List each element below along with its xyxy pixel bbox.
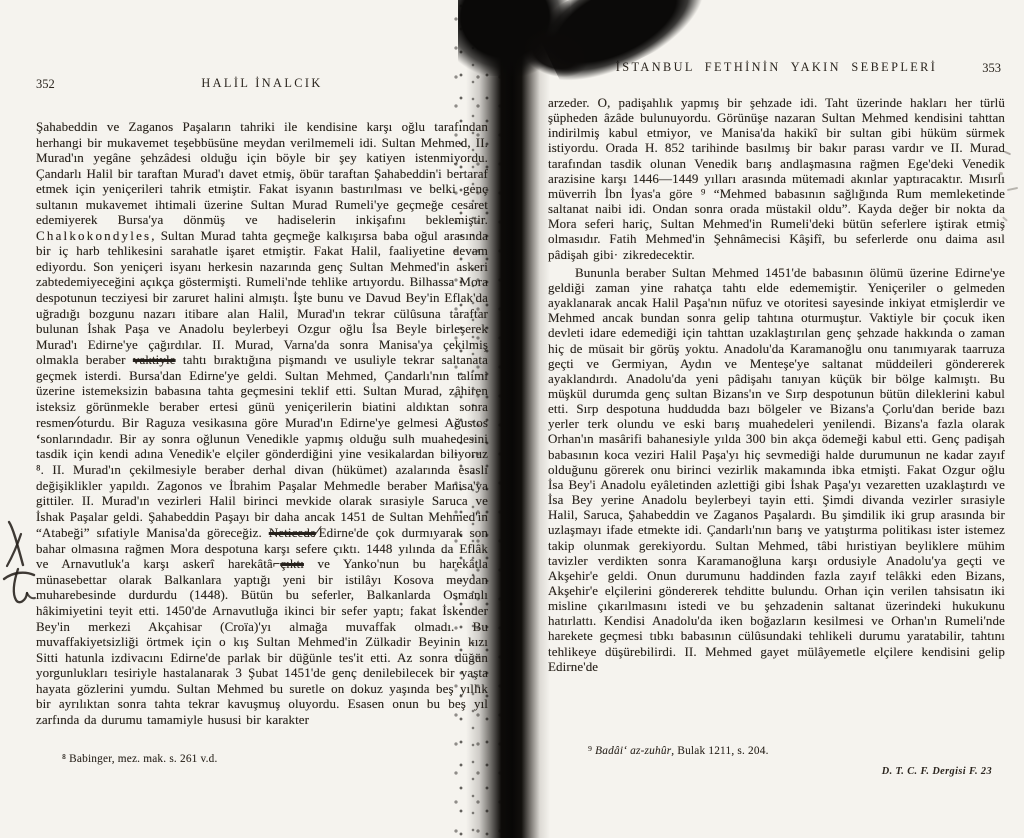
left-page-body-text: Şahabeddin ve Zaganos Paşaların tahriki … <box>36 119 488 727</box>
scanned-book-spread: { "left_page": { "page_number": "352", "… <box>0 0 1024 838</box>
paragraph: Bununla beraber Sultan Mehmed 1451'de ba… <box>548 265 1005 674</box>
page-right-header: 353 İSTANBUL FETHİNİN YAKIN SEBEPLERİ <box>548 60 1005 76</box>
page-left: 352 HALİL İNALCIK Şahabeddin ve Zaganos … <box>36 76 488 727</box>
running-title-right: İSTANBUL FETHİNİN YAKIN SEBEPLERİ <box>548 60 1005 75</box>
page-number-right: 353 <box>982 61 1001 76</box>
paragraph: arzeder. O, padişahlık yapmış bir şehzad… <box>548 95 1005 262</box>
page-right: 353 İSTANBUL FETHİNİN YAKIN SEBEPLERİ ar… <box>548 60 1005 674</box>
handwritten-paraph-mark-icon <box>1 566 37 610</box>
handwritten-lambda-mark-icon <box>4 519 30 569</box>
running-title-left: HALİL İNALCIK <box>36 76 488 91</box>
journal-signature: D. T. C. F. Dergisi F. 23 <box>882 766 992 777</box>
page-number-left: 352 <box>36 77 55 92</box>
scan-scratch <box>1007 187 1018 191</box>
right-page-body-text: arzeder. O, padişahlık yapmış bir şehzad… <box>548 95 1005 674</box>
footnote-left: ⁸ Babinger, mez. mak. s. 261 v.d. <box>62 753 218 765</box>
footnote-right: ⁹ Badâi‘ az-zuhûr, Bulak 1211, s. 204. <box>588 745 769 757</box>
page-left-header: 352 HALİL İNALCIK <box>36 76 488 92</box>
